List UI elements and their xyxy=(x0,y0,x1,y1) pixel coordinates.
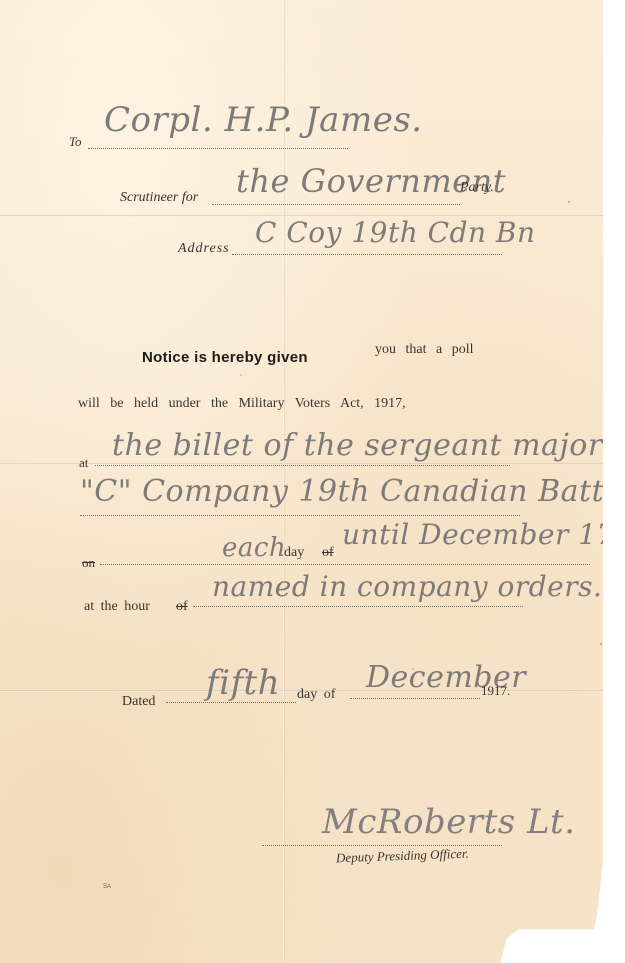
of-label-struck: of xyxy=(322,545,334,561)
hour-label: at the hour xyxy=(84,599,150,615)
paper-speck xyxy=(240,374,242,376)
address-value: C Coy 19th Cdn Bn xyxy=(255,216,536,249)
notice-text: you that a poll xyxy=(375,342,474,358)
at-underline xyxy=(95,465,510,466)
day-underline xyxy=(100,564,590,565)
address-underline xyxy=(232,254,502,255)
document-paper: To Corpl. H.P. James. Scrutineer for the… xyxy=(0,0,603,963)
to-label: To xyxy=(69,134,82,150)
location-line-2: "C" Company 19th Canadian Battn xyxy=(80,474,603,509)
hour-underline xyxy=(193,606,523,607)
scrutineer-label: Scrutineer for xyxy=(120,190,198,206)
notice-heading: Notice is hereby given xyxy=(142,349,308,366)
at-label: at xyxy=(79,455,88,471)
until-date-value: until December 17th 1917 xyxy=(342,518,603,551)
printer-mark: SA xyxy=(103,884,111,890)
paper-speck xyxy=(568,201,570,203)
hour-value: named in company orders. xyxy=(212,570,602,603)
dated-day-value: fifth xyxy=(206,663,280,703)
dated-label: Dated xyxy=(122,694,155,710)
to-underline xyxy=(88,148,348,149)
location-underline-2 xyxy=(80,515,520,516)
on-label-struck: on xyxy=(82,555,95,571)
location-line-1: the billet of the sergeant major of xyxy=(112,428,603,463)
day-label: day xyxy=(284,545,304,561)
dated-month-underline xyxy=(350,698,480,699)
hour-of-struck: of xyxy=(176,599,188,615)
paper-speck xyxy=(600,643,602,645)
signature-value: McRoberts Lt. xyxy=(322,802,576,842)
day-prefix-value: each xyxy=(222,533,286,563)
to-value: Corpl. H.P. James. xyxy=(104,100,423,140)
signature-title: Deputy Presiding Officer. xyxy=(336,846,469,867)
address-label: Address xyxy=(178,241,230,257)
dated-year: 1917. xyxy=(481,683,510,699)
notice-act-line: will be held under the Military Voters A… xyxy=(78,396,406,412)
paper-speck xyxy=(412,668,414,670)
dated-day-of-label: day of xyxy=(297,687,335,703)
party-label: Party. xyxy=(460,180,494,196)
scrutineer-underline xyxy=(212,204,460,205)
